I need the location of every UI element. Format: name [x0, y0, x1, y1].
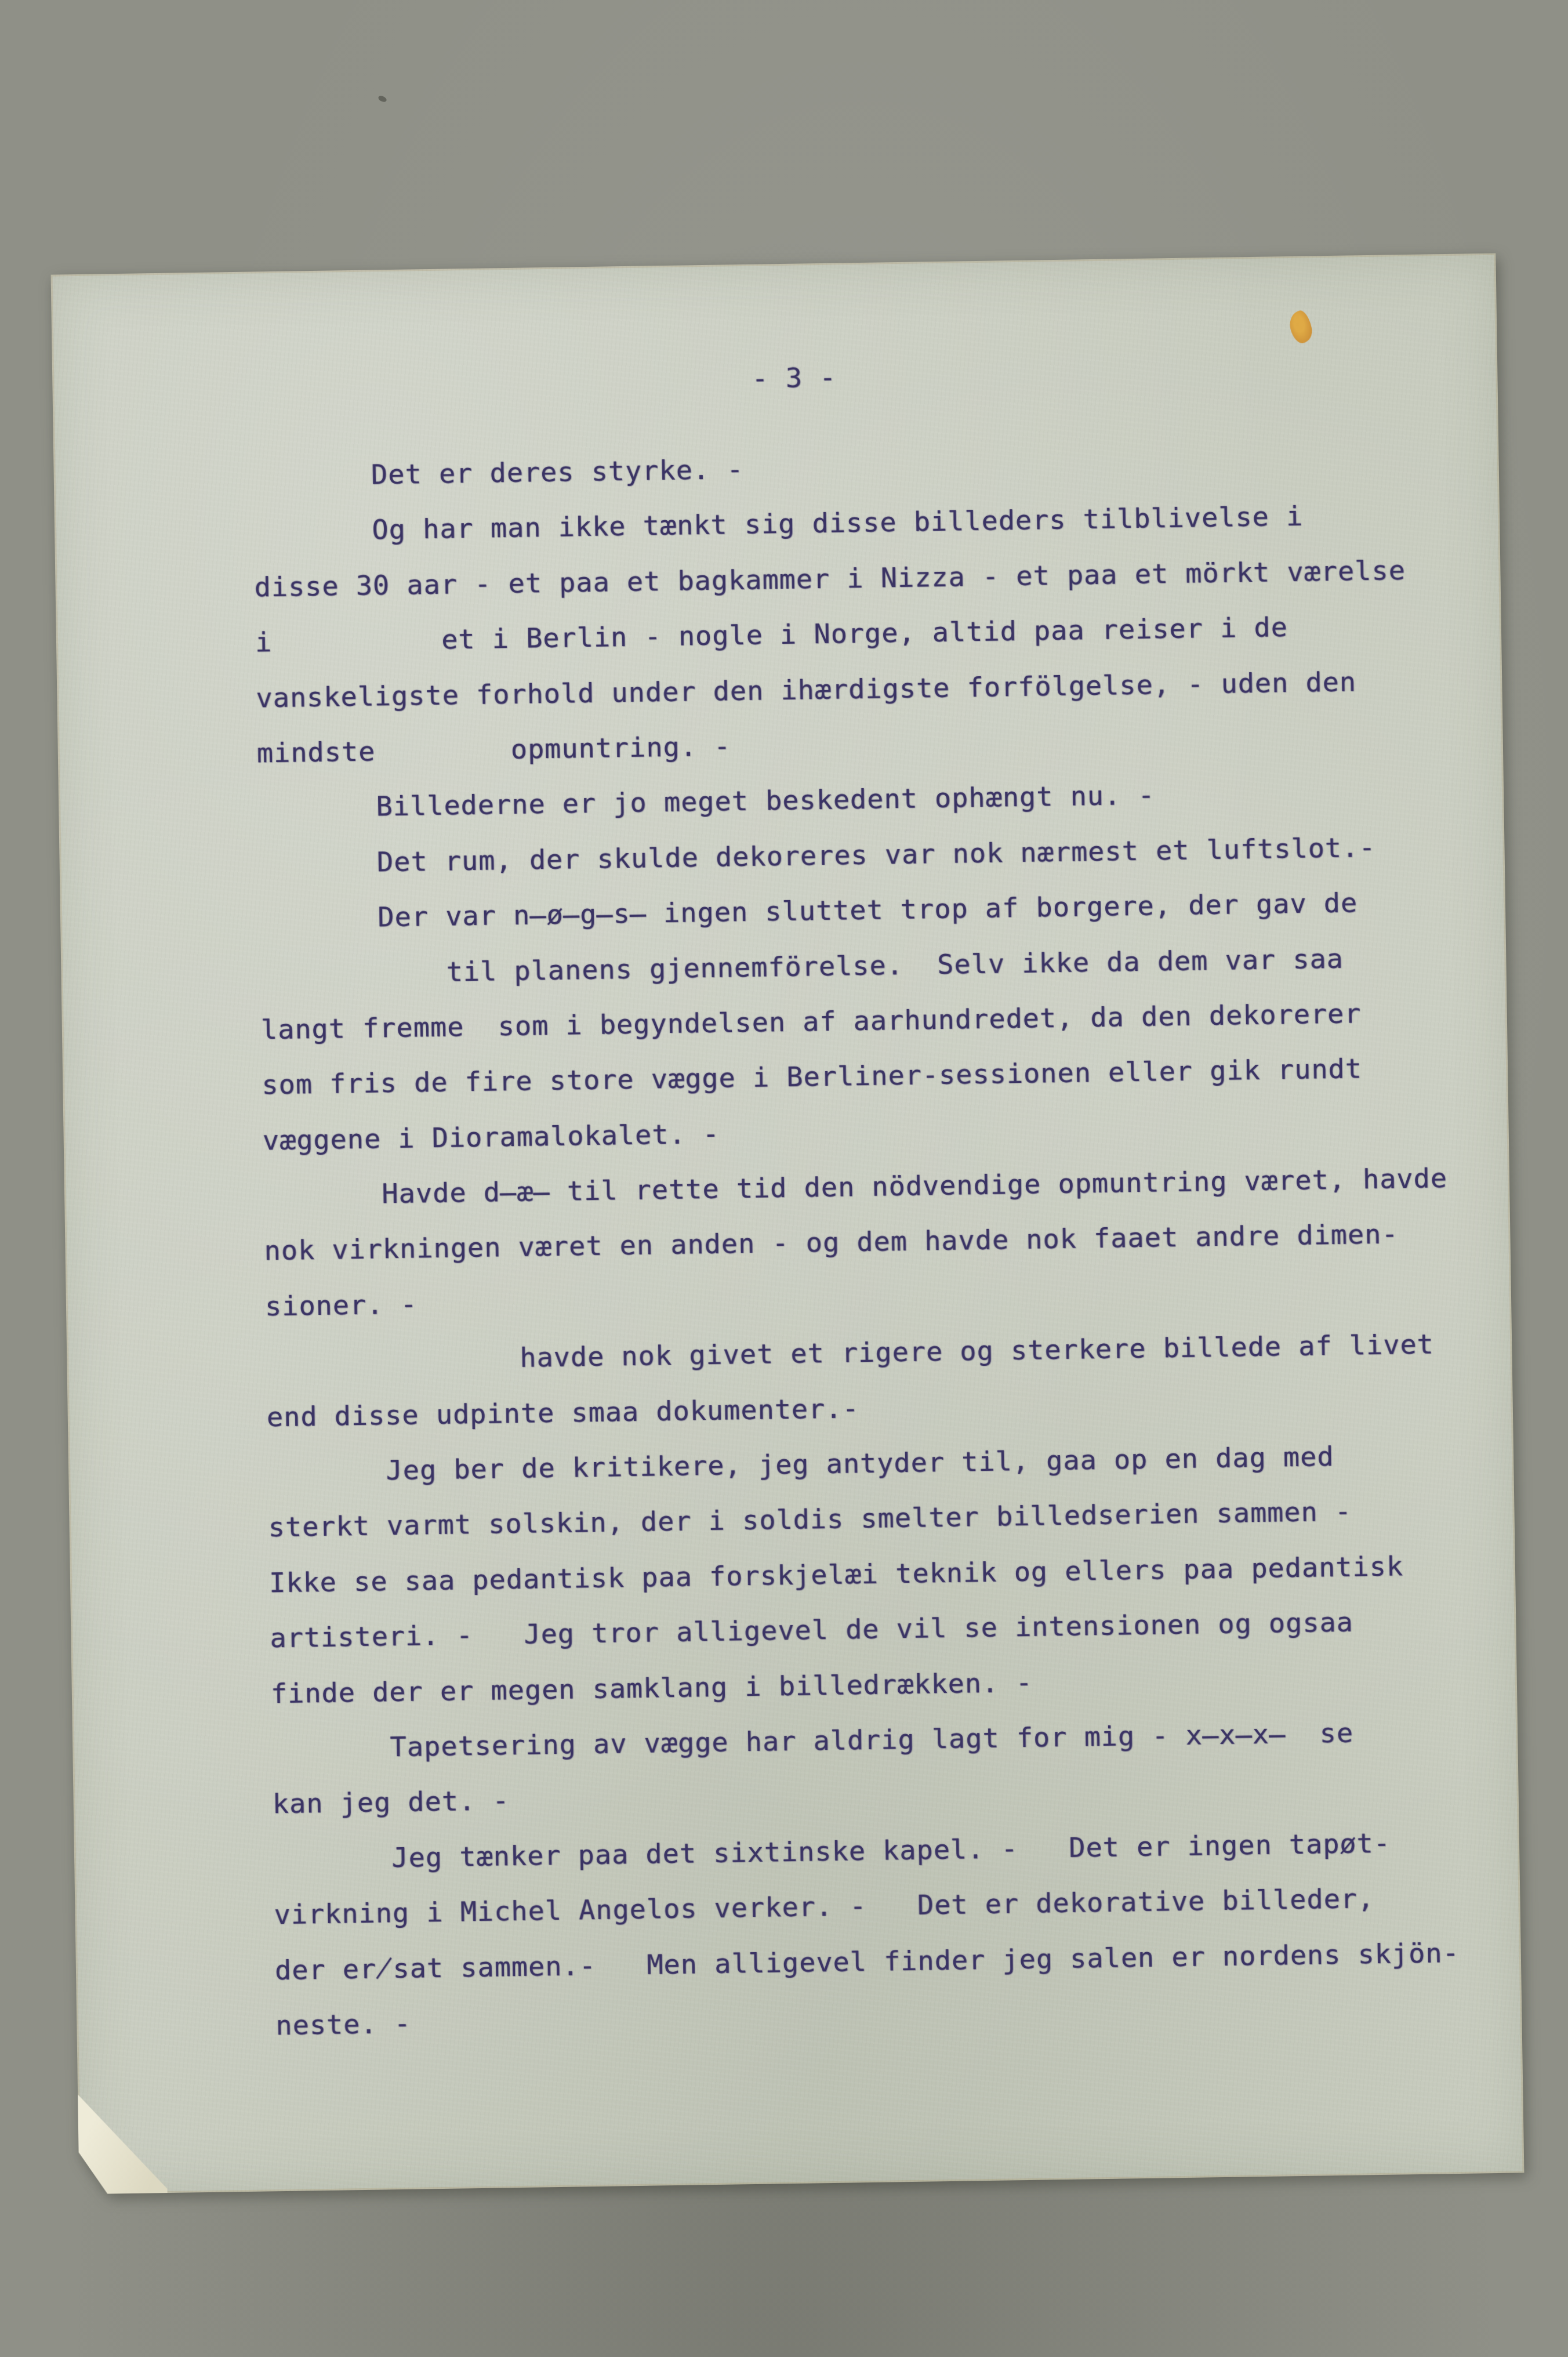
document-page: - 3 - Det er deres styrke. - Og har man …: [51, 253, 1525, 2195]
scan-background: - 3 - Det er deres styrke. - Og har man …: [0, 0, 1568, 2357]
background-speck: [378, 95, 387, 103]
page-number: - 3 -: [752, 362, 837, 395]
typed-text-block: Det er deres styrke. - Og har man ikke t…: [252, 431, 1461, 2053]
